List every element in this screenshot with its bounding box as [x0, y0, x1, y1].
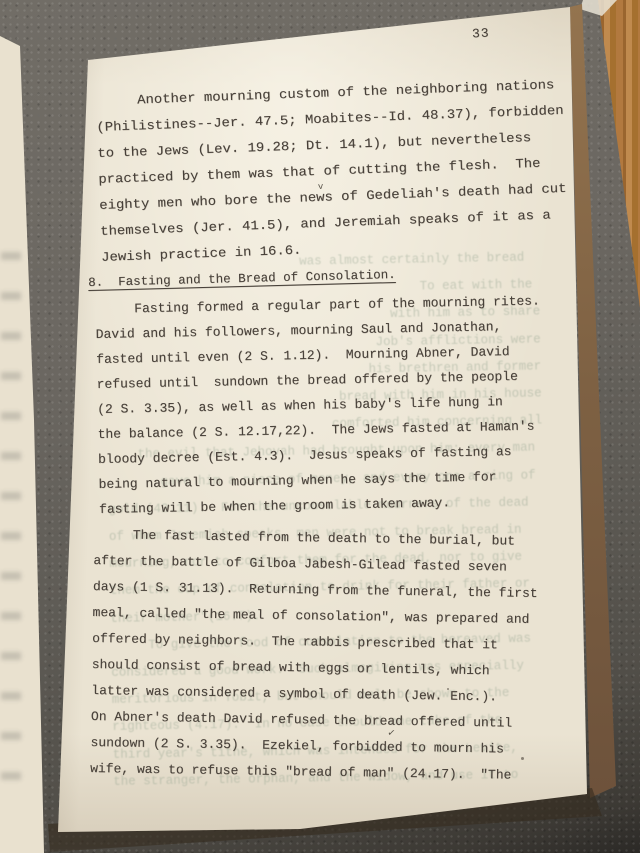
page-number: 33: [472, 26, 490, 42]
previous-page-ghost-marks: [1, 220, 21, 810]
correction-caret-mark: v: [318, 182, 324, 192]
dust-speck: [447, 688, 449, 690]
book-photo: was almost certainly the bread To eat wi…: [0, 0, 640, 853]
paragraph-3: The fast lasted from the death to the bu…: [90, 522, 584, 790]
dust-speck: [521, 757, 524, 760]
paragraph-2: Fasting formed a regular part of the mou…: [95, 288, 579, 522]
typed-page: was almost certainly the bread To eat wi…: [0, 0, 640, 853]
paragraph-1: Another mourning custom of the neighbori…: [95, 69, 636, 270]
